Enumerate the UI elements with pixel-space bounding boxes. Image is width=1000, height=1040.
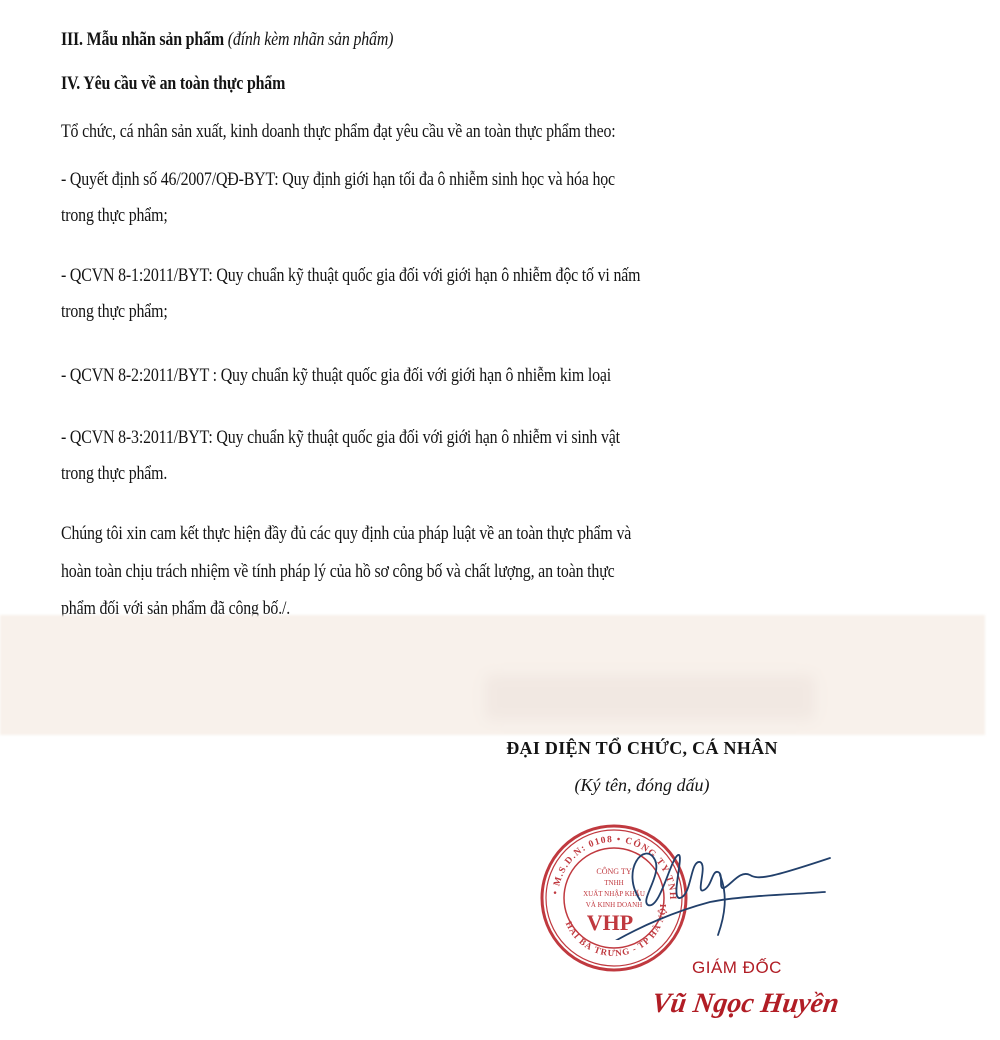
section-3-heading: III. Mẫu nhãn sản phẩm (đính kèm nhãn sả… (61, 28, 393, 52)
representative-title: ĐẠI DIỆN TỔ CHỨC, CÁ NHÂN (487, 738, 797, 759)
regulation-item-4-line-2: trong thực phẩm. (61, 462, 167, 486)
section-3-note: (đính kèm nhãn sản phẩm) (228, 30, 394, 50)
regulation-item-1-line-2: trong thực phẩm; (61, 204, 168, 228)
document-page: III. Mẫu nhãn sản phẩm (đính kèm nhãn sả… (0, 0, 1000, 1040)
representative-subtitle: (Ký tên, đóng dấu) (487, 775, 797, 796)
regulation-item-4-line-1: - QCVN 8-3:2011/BYT: Quy chuẩn kỹ thuật … (61, 426, 620, 450)
regulation-item-2-line-2: trong thực phẩm; (61, 300, 168, 324)
section-4-heading: IV. Yêu cầu về an toàn thực phẩm (61, 72, 285, 96)
regulation-item-2-line-1: - QCVN 8-1:2011/BYT: Quy chuẩn kỹ thuật … (61, 264, 640, 288)
commitment-line-1: Chúng tôi xin cam kết thực hiện đầy đủ c… (61, 522, 631, 546)
regulation-item-3-line-1: - QCVN 8-2:2011/BYT : Quy chuẩn kỹ thuật… (61, 364, 611, 388)
signer-role: GIÁM ĐỐC (692, 958, 782, 978)
signer-name: Vũ Ngọc Huyền (650, 988, 841, 1020)
section-4-intro: Tổ chức, cá nhân sản xuất, kinh doanh th… (61, 120, 615, 144)
signature-icon (600, 840, 840, 940)
redacted-date-line (485, 675, 815, 720)
section-3-title: III. Mẫu nhãn sản phẩm (61, 30, 224, 50)
commitment-line-2: hoàn toàn chịu trách nhiệm về tính pháp … (61, 560, 615, 584)
redacted-region (0, 615, 985, 735)
regulation-item-1-line-1: - Quyết định số 46/2007/QĐ-BYT: Quy định… (61, 168, 615, 192)
